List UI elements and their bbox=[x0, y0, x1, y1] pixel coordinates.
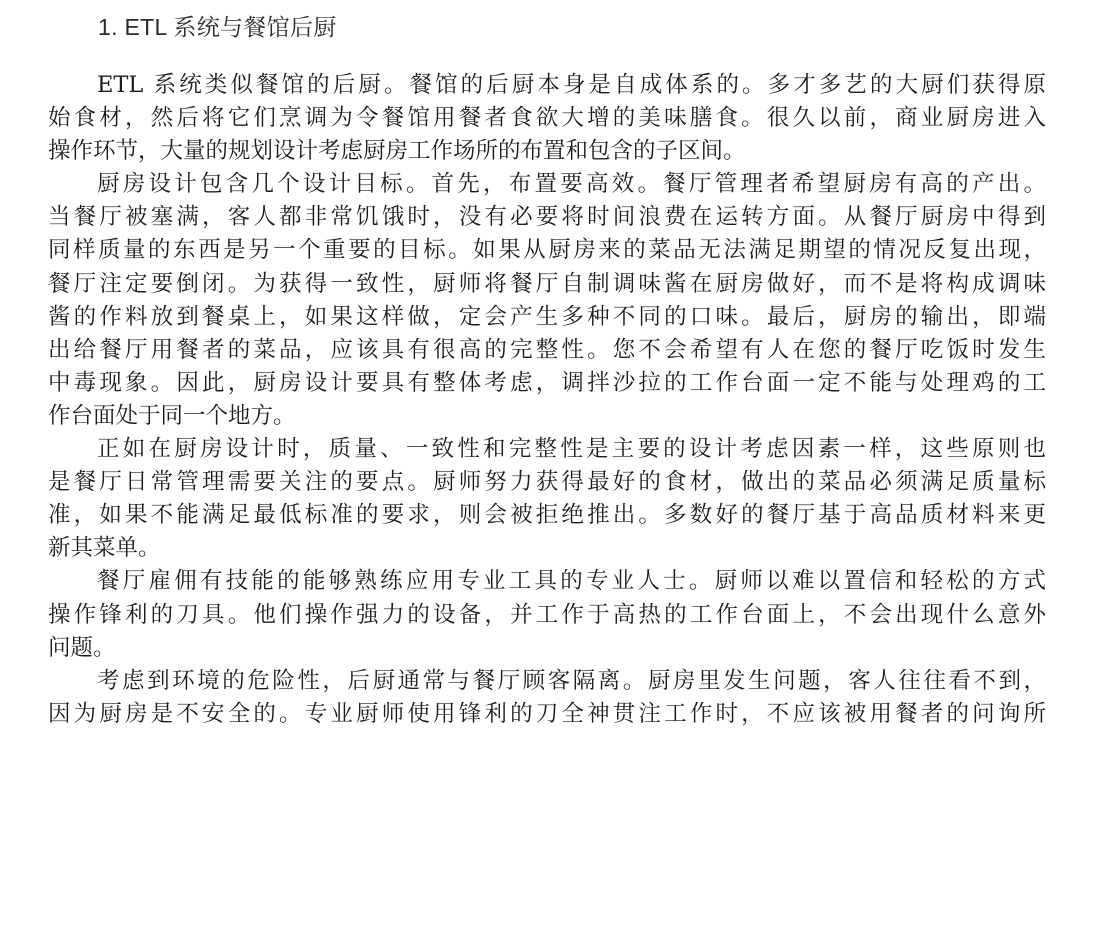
text-line: 作台面处于同一个地方。 bbox=[48, 400, 1046, 433]
text-line: 准，如果不能满足最低标准的要求，则会被拒绝推出。多数好的餐厅基于高品质材料来更 bbox=[48, 499, 1046, 532]
section-heading: 1. ETL 系统与餐馆后厨 bbox=[98, 9, 337, 42]
text-line: 出给餐厅用餐者的菜品，应该具有很高的完整性。您不会希望有人在您的餐厅吃饭时发生 bbox=[48, 334, 1046, 367]
paragraph-etl-kitchen-analogy: ETL 系统类似餐馆的后厨。餐馆的后厨本身是自成体系的。多才多艺的大厨们获得原 … bbox=[48, 69, 1046, 168]
text-line: 餐厅注定要倒闭。为获得一致性，厨师将餐厅自制调味酱在厨房做好，而不是将构成调味 bbox=[48, 268, 1046, 301]
text-line: 是餐厅日常管理需要关注的要点。厨师努力获得最好的食材，做出的菜品必须满足质量标 bbox=[48, 466, 1046, 499]
text-line: 因为厨房是不安全的。专业厨师使用锋利的刀全神贯注工作时，不应该被用餐者的问询所 bbox=[48, 698, 1046, 731]
paragraph-kitchen-design-goals: 厨房设计包含几个设计目标。首先，布置要高效。餐厅管理者希望厨房有高的产出。 当餐… bbox=[48, 168, 1046, 433]
text-line: 正如在厨房设计时，质量、一致性和完整性是主要的设计考虑因素一样，这些原则也 bbox=[48, 433, 1046, 466]
text-line: 中毒现象。因此，厨房设计要具有整体考虑，调拌沙拉的工作台面一定不能与处理鸡的工 bbox=[48, 367, 1046, 400]
paragraph-quality-consistency: 正如在厨房设计时，质量、一致性和完整性是主要的设计考虑因素一样，这些原则也 是餐… bbox=[48, 433, 1046, 565]
text-line: 同样质量的东西是另一个重要的目标。如果从厨房来的菜品无法满足期望的情况反复出现， bbox=[48, 234, 1046, 267]
text-line: 酱的作料放到餐桌上，如果这样做，定会产生多种不同的口味。最后，厨房的输出，即端 bbox=[48, 301, 1046, 334]
body-text: ETL 系统类似餐馆的后厨。餐馆的后厨本身是自成体系的。多才多艺的大厨们获得原 … bbox=[48, 69, 1046, 731]
paragraph-skilled-professionals: 餐厅雇佣有技能的能够熟练应用专业工具的专业人士。厨师以难以置信和轻松的方式 操作… bbox=[48, 565, 1046, 664]
text-line: 问题。 bbox=[48, 632, 1046, 665]
text-line: ETL 系统类似餐馆的后厨。餐馆的后厨本身是自成体系的。多才多艺的大厨们获得原 bbox=[48, 69, 1046, 102]
text-line: 当餐厅被塞满，客人都非常饥饿时，没有必要将时间浪费在运转方面。从餐厅厨房中得到 bbox=[48, 201, 1046, 234]
paragraph-kitchen-isolation: 考虑到环境的危险性，后厨通常与餐厅顾客隔离。厨房里发生问题，客人往往看不到， 因… bbox=[48, 665, 1046, 731]
text-line: 餐厅雇佣有技能的能够熟练应用专业工具的专业人士。厨师以难以置信和轻松的方式 bbox=[48, 565, 1046, 598]
text-line: 考虑到环境的危险性，后厨通常与餐厅顾客隔离。厨房里发生问题，客人往往看不到， bbox=[48, 665, 1046, 698]
text-line: 始食材，然后将它们烹调为令餐馆用餐者食欲大增的美味膳食。很久以前，商业厨房进入 bbox=[48, 102, 1046, 135]
text-line: 操作锋利的刀具。他们操作强力的设备，并工作于高热的工作台面上，不会出现什么意外 bbox=[48, 599, 1046, 632]
text-line: 厨房设计包含几个设计目标。首先，布置要高效。餐厅管理者希望厨房有高的产出。 bbox=[48, 168, 1046, 201]
text-line: 新其菜单。 bbox=[48, 532, 1046, 565]
text-line: 操作环节，大量的规划设计考虑厨房工作场所的布置和包含的子区间。 bbox=[48, 135, 1046, 168]
